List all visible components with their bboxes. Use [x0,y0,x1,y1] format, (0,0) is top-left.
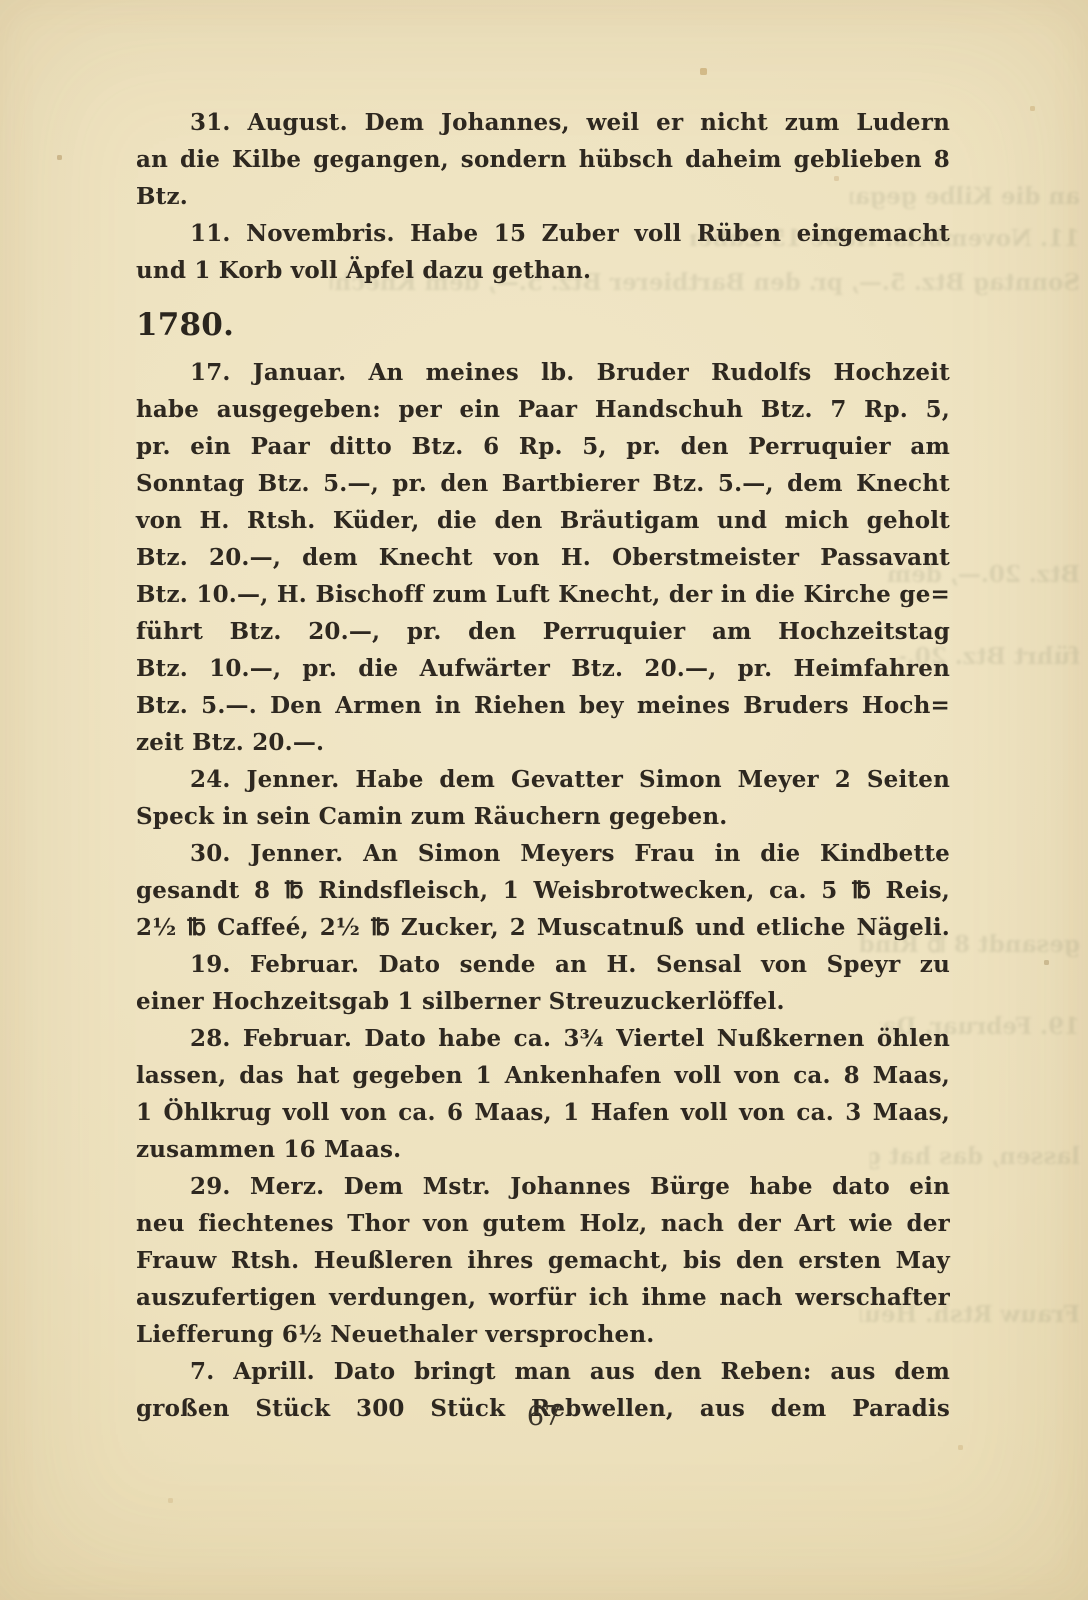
journal-entry-28-februar: 28. Februar. Dato habe ca. 3¾ Viertel Nu… [136,1020,950,1168]
text-line: 19. Februar. Dato sende an H. Sensal von… [136,946,950,983]
text-line: 2½ ℔ Caffeé, 2½ ℔ Zucker, 2 Muscatnuß un… [136,909,950,946]
text-line: Btz. 10.—, pr. die Aufwärter Btz. 20.—, … [136,650,950,687]
text-line: 31. August. Dem Johannes, weil er nicht … [136,104,950,141]
text-line: Btz. 10.—, H. Bischoff zum Luft Knecht, … [136,576,950,613]
text-line: lassen, das hat gegeben 1 Ankenhafen vol… [136,1057,950,1094]
text-line: an die Kilbe gegangen, sondern hübsch da… [136,141,950,215]
text-line: pr. ein Paar ditto Btz. 6 Rp. 5, pr. den… [136,428,950,465]
journal-entry-29-merz: 29. Merz. Dem Mstr. Johannes Bürge habe … [136,1168,950,1353]
text-line: gesandt 8 ℔ Rindsfleisch, 1 Weisbrotweck… [136,872,950,909]
book-page: an die Kilbe gegangen, sondern hübsch da… [0,0,1088,1600]
journal-entry-19-februar: 19. Februar. Dato sende an H. Sensal von… [136,946,950,1020]
journal-entry-17-januar: 17. Januar. An meines lb. Bruder Rudolfs… [136,354,950,761]
text-line: 28. Februar. Dato habe ca. 3¾ Viertel Nu… [136,1020,950,1057]
journal-entry-11-novembris: 11. Novembris. Habe 15 Zuber voll Rüben … [136,215,950,289]
paper-speckles [0,0,1,1]
text-line: 11. Novembris. Habe 15 Zuber voll Rüben … [136,215,950,252]
text-line: Sonntag Btz. 5.—, pr. den Bartbierer Btz… [136,465,950,502]
text-line: von H. Rtsh. Küder, die den Bräutigam un… [136,502,950,539]
text-line: 24. Jenner. Habe dem Gevatter Simon Meye… [136,761,950,798]
journal-entry-30-jenner: 30. Jenner. An Simon Meyers Frau in die … [136,835,950,946]
text-line: habe ausgegeben: per ein Paar Handschuh … [136,391,950,428]
text-line: 7. Aprill. Dato bringt man aus den Reben… [136,1353,950,1390]
text-line: einer Hochzeitsgab 1 silberner Streuzuck… [136,983,950,1020]
text-line: zusammen 16 Maas. [136,1131,950,1168]
text-line: und 1 Korb voll Äpfel dazu gethan. [136,252,950,289]
text-line: führt Btz. 20.—, pr. den Perruquier am H… [136,613,950,650]
text-line: Btz. 20.—, dem Knecht von H. Oberstmeist… [136,539,950,576]
page-number: 67 [0,1400,1088,1434]
text-line: zeit Btz. 20.—. [136,724,950,761]
text-line: Liefferung 6½ Neuethaler versprochen. [136,1316,950,1353]
year-heading: 1780. [136,305,950,345]
text-line: Speck in sein Camin zum Räuchern gegeben… [136,798,950,835]
text-block: 31. August. Dem Johannes, weil er nicht … [136,104,950,1427]
text-line: 30. Jenner. An Simon Meyers Frau in die … [136,835,950,872]
text-line: neu fiechtenes Thor von gutem Holz, nach… [136,1205,950,1242]
text-line: 17. Januar. An meines lb. Bruder Rudolfs… [136,354,950,391]
journal-entry-31-august: 31. August. Dem Johannes, weil er nicht … [136,104,950,215]
text-line: Frauw Rtsh. Heußleren ihres gemacht, bis… [136,1242,950,1279]
text-line: 29. Merz. Dem Mstr. Johannes Bürge habe … [136,1168,950,1205]
text-line: 1 Öhlkrug voll von ca. 6 Maas, 1 Hafen v… [136,1094,950,1131]
text-line: Btz. 5.—. Den Armen in Riehen bey meines… [136,687,950,724]
journal-entry-24-jenner: 24. Jenner. Habe dem Gevatter Simon Meye… [136,761,950,835]
text-line: auszufertigen verdungen, worfür ich ihme… [136,1279,950,1316]
